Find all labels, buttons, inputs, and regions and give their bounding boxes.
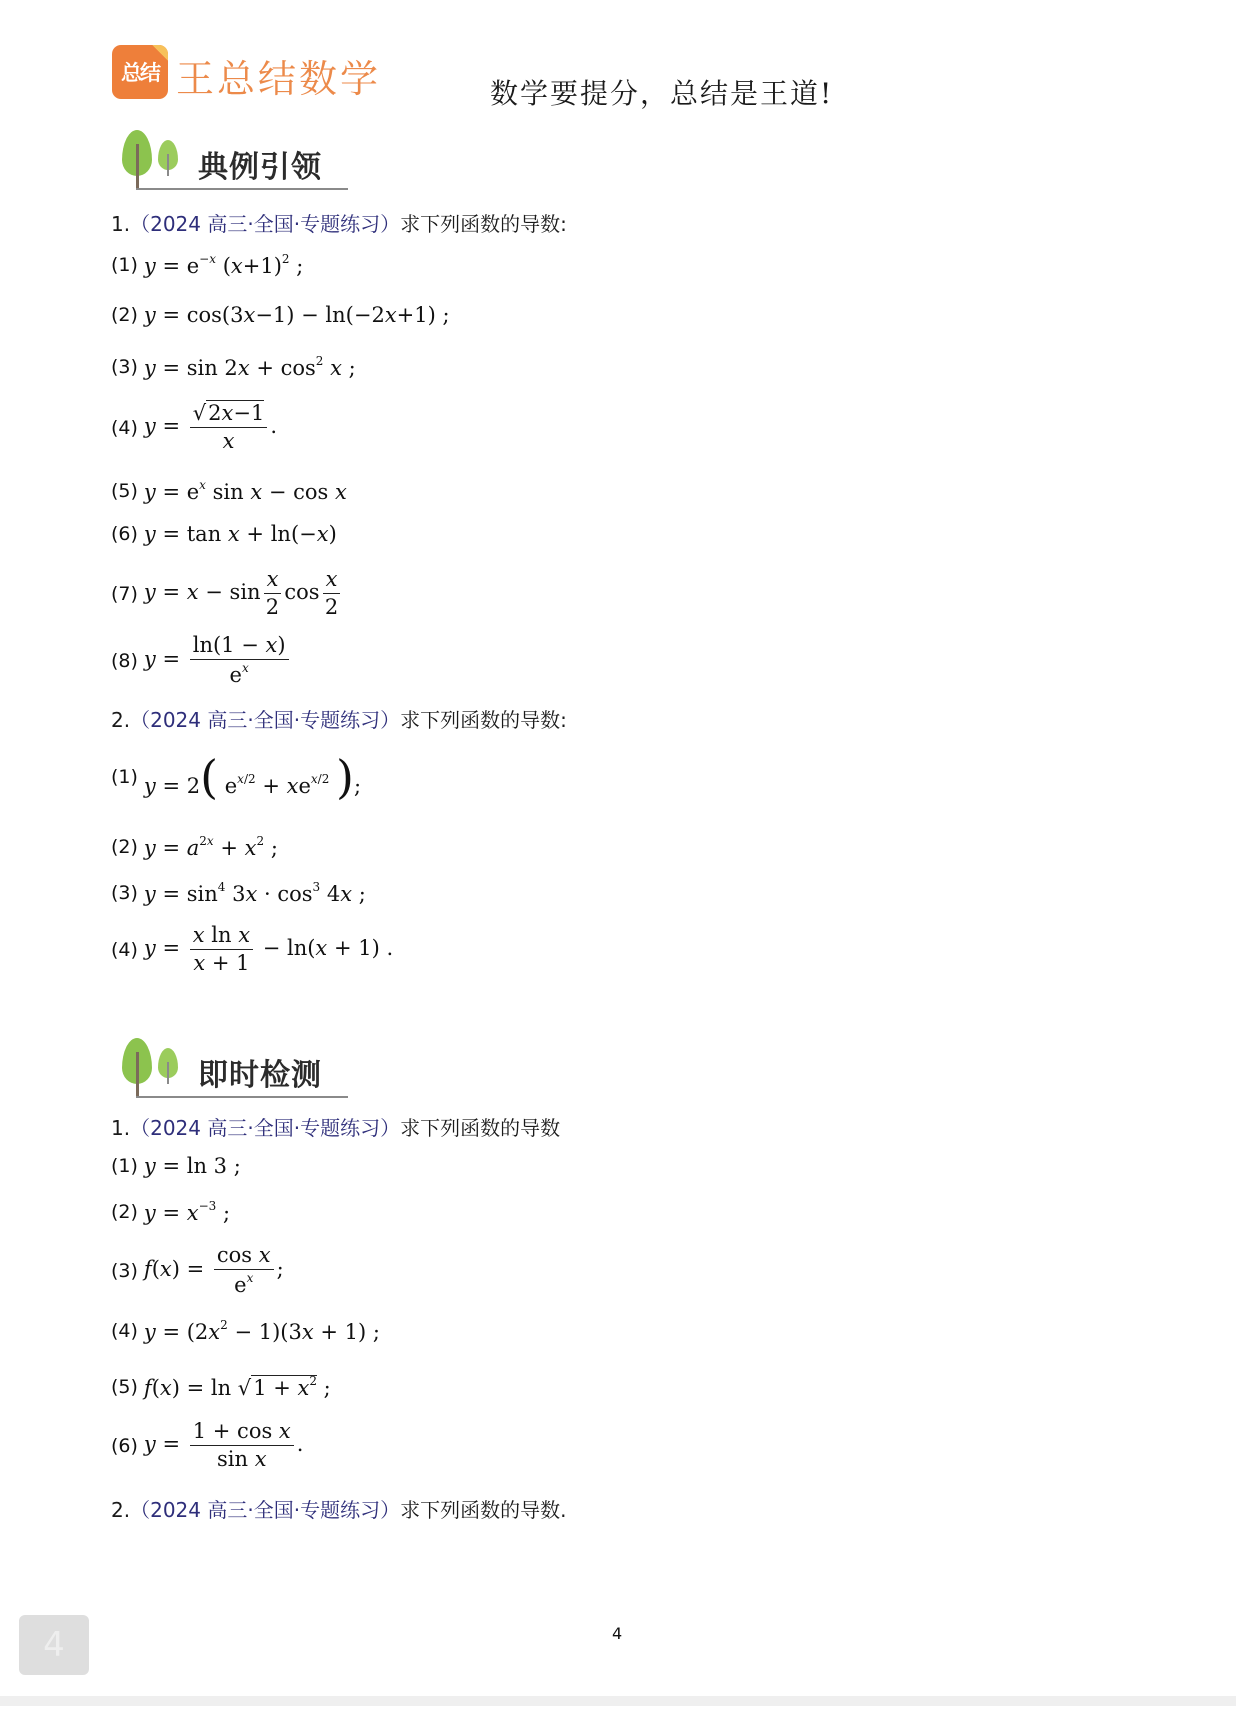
section-title: 典例引领 xyxy=(198,142,322,186)
question-source: （2024 高三·全国·专题练习） xyxy=(130,1498,400,1522)
logo-badge: 总结 xyxy=(112,45,168,99)
list-item: (3) y = sin 2x + cos2 x ; xyxy=(111,354,356,380)
item-number: (6) xyxy=(111,523,138,545)
question-source: （2024 高三·全国·专题练习） xyxy=(130,708,400,732)
item-number: (4) xyxy=(111,939,138,961)
item-number: (6) xyxy=(111,1435,138,1457)
question-prompt: 求下列函数的导数: xyxy=(400,212,567,236)
item-number: (1) xyxy=(111,254,138,276)
item-number: (1) xyxy=(111,1155,138,1177)
question-source: （2024 高三·全国·专题练习） xyxy=(130,1116,400,1140)
item-number: (8) xyxy=(111,650,138,672)
question-number: 2. xyxy=(111,1498,130,1522)
item-number: (5) xyxy=(111,1376,138,1398)
list-item: (6) y = tan x + ln(−x) xyxy=(111,522,337,546)
question-number: 2. xyxy=(111,708,130,732)
formula: y = √2x−1x. xyxy=(144,402,277,453)
tree-trunk-small xyxy=(167,1062,169,1084)
item-number: (2) xyxy=(111,304,138,326)
question-number: 1. xyxy=(111,1116,130,1140)
list-item: (4) y = √2x−1x. xyxy=(111,402,277,453)
list-item: (6) y = 1 + cos xsin x. xyxy=(111,1420,303,1471)
page-thumbnail-badge[interactable]: 4 xyxy=(19,1615,89,1675)
list-item: (3) y = sin4 3x · cos3 4x ; xyxy=(111,880,366,906)
question-source: （2024 高三·全国·专题练习） xyxy=(130,212,400,236)
section-header-check: 即时检测 xyxy=(118,1032,350,1112)
list-item: (2) y = cos(3x−1) − ln(−2x+1) ; xyxy=(111,303,450,327)
formula: y = x ln xx + 1 − ln(x + 1) . xyxy=(144,924,393,975)
item-number: (5) xyxy=(111,480,138,502)
question-header: 1.（2024 高三·全国·专题练习）求下列函数的导数 xyxy=(111,1112,560,1141)
page-number: 4 xyxy=(612,1624,622,1643)
tree-trunk xyxy=(136,1052,139,1098)
formula: y = ex sin x − cos x xyxy=(144,478,347,504)
list-item: (1) y = e−x (x+1)2 ; xyxy=(111,252,303,278)
item-number: (3) xyxy=(111,356,138,378)
logo-text: 王总结数学 xyxy=(176,48,381,103)
item-number: (4) xyxy=(111,417,138,439)
section-underline xyxy=(136,1096,348,1098)
section-header-examples: 典例引领 xyxy=(118,124,350,204)
formula: y = x − sinx2cosx2 xyxy=(144,568,344,619)
formula: y = sin 2x + cos2 x ; xyxy=(144,354,356,380)
question-number: 1. xyxy=(111,212,130,236)
list-item: (7) y = x − sinx2cosx2 xyxy=(111,568,343,619)
logo-badge-text: 总结 xyxy=(121,57,159,87)
list-item: (3) f(x) = cos xex; xyxy=(111,1244,284,1297)
question-header: 2.（2024 高三·全国·专题练习）求下列函数的导数. xyxy=(111,1494,566,1523)
list-item: (5) f(x) = ln √1 + x2 ; xyxy=(111,1374,331,1400)
formula: y = ln(1 − x)ex xyxy=(144,634,292,687)
formula: y = a2x + x2 ; xyxy=(144,834,278,860)
formula: y = sin4 3x · cos3 4x ; xyxy=(144,880,366,906)
formula: f(x) = cos xex; xyxy=(144,1244,284,1297)
question-prompt: 求下列函数的导数. xyxy=(400,1498,566,1522)
page-divider xyxy=(0,1696,1236,1706)
item-number: (3) xyxy=(111,1260,138,1282)
question-header: 2.（2024 高三·全国·专题练习）求下列函数的导数: xyxy=(111,704,567,733)
question-prompt: 求下列函数的导数: xyxy=(400,708,567,732)
formula: y = 1 + cos xsin x. xyxy=(144,1420,304,1471)
slogan: 数学要提分，总结是王道! xyxy=(490,72,833,112)
list-item: (1) y = 2( ex/2 + xex/2 ); xyxy=(111,750,361,804)
item-number: (1) xyxy=(111,766,138,788)
formula: y = (2x2 − 1)(3x + 1) ; xyxy=(144,1318,380,1344)
item-number: (2) xyxy=(111,1201,138,1223)
question-prompt: 求下列函数的导数 xyxy=(400,1116,560,1140)
list-item: (4) y = (2x2 − 1)(3x + 1) ; xyxy=(111,1318,380,1344)
tree-trunk xyxy=(136,144,139,190)
section-title: 即时检测 xyxy=(198,1050,322,1094)
formula: y = ln 3 ; xyxy=(144,1154,241,1178)
formula: y = e−x (x+1)2 ; xyxy=(144,252,303,278)
item-number: (2) xyxy=(111,836,138,858)
tree-trunk-small xyxy=(167,154,169,176)
formula: y = 2( ex/2 + xex/2 ); xyxy=(144,750,361,804)
list-item: (8) y = ln(1 − x)ex xyxy=(111,634,292,687)
item-number: (7) xyxy=(111,583,138,605)
list-item: (4) y = x ln xx + 1 − ln(x + 1) . xyxy=(111,924,393,975)
list-item: (1) y = ln 3 ; xyxy=(111,1154,241,1178)
list-item: (2) y = x−3 ; xyxy=(111,1199,230,1225)
formula: y = cos(3x−1) − ln(−2x+1) ; xyxy=(144,303,450,327)
section-underline xyxy=(136,188,348,190)
formula: y = tan x + ln(−x) xyxy=(144,522,337,546)
formula: y = x−3 ; xyxy=(144,1199,230,1225)
item-number: (3) xyxy=(111,882,138,904)
formula: f(x) = ln √1 + x2 ; xyxy=(144,1374,331,1400)
item-number: (4) xyxy=(111,1320,138,1342)
question-header: 1.（2024 高三·全国·专题练习）求下列函数的导数: xyxy=(111,208,567,237)
list-item: (2) y = a2x + x2 ; xyxy=(111,834,278,860)
logo-fold-icon xyxy=(152,45,168,61)
list-item: (5) y = ex sin x − cos x xyxy=(111,478,347,504)
